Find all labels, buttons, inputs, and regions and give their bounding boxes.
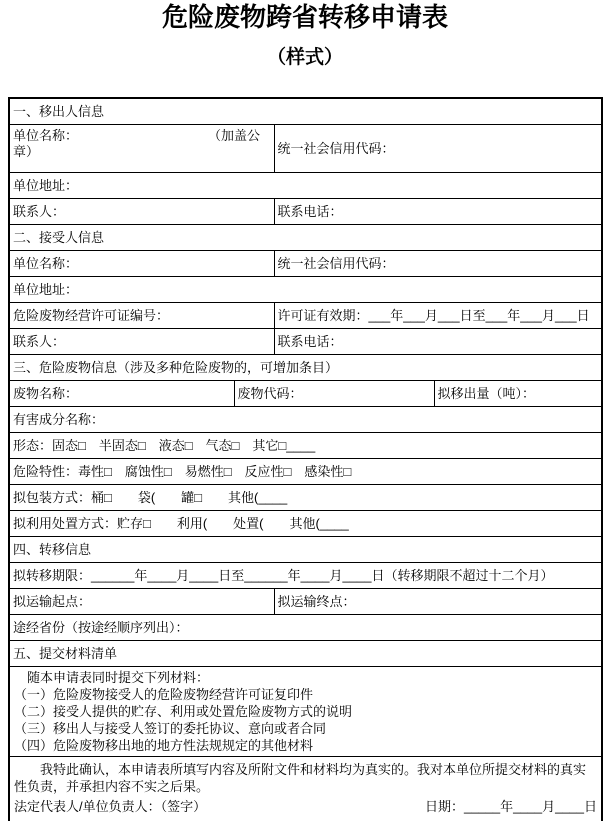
- field-s2-license-no: 危险废物经营许可证编号：: [9, 303, 274, 329]
- confirmation-statement: 我特此确认，本申请表所填写内容及所附文件和材料均为真实的。我对本单位所提交材料的…: [14, 761, 597, 795]
- field-waste-code: 废物代码：: [234, 381, 434, 407]
- field-waste-amount: 拟移出量（吨）：: [434, 381, 602, 407]
- material-item-3: （三）移出人与接受人签订的委托协议、意向或者合同: [14, 720, 597, 737]
- field-transit-provinces: 途经省份（按途经顺序列出）：: [9, 615, 602, 641]
- table-row: 联系人： 联系电话：: [9, 329, 602, 355]
- table-row: 二、接受人信息: [9, 225, 602, 251]
- field-s1-unit-name: 单位名称：（加盖公章）: [9, 125, 274, 173]
- table-row: 一、移出人信息: [9, 98, 602, 125]
- materials-intro: 随本申请表同时提交下列材料：: [14, 669, 597, 686]
- table-row: 单位地址：: [9, 277, 602, 303]
- form-title: 危险废物跨省转移申请表: [0, 0, 610, 32]
- table-row: 途经省份（按途经顺序列出）：: [9, 615, 602, 641]
- confirmation-cell: 我特此确认，本申请表所填写内容及所附文件和材料均为真实的。我对本单位所提交材料的…: [9, 757, 602, 821]
- material-item-2: （二）接受人提供的贮存、利用或处置危险废物方式的说明: [14, 703, 597, 720]
- field-s2-unit-address: 单位地址：: [9, 277, 602, 303]
- field-transport-destination: 拟运输终点：: [274, 589, 602, 615]
- section-2-header: 二、接受人信息: [9, 225, 602, 251]
- field-s1-contact: 联系人：: [9, 199, 274, 225]
- table-row: 单位名称： 统一社会信用代码：: [9, 251, 602, 277]
- table-row: 联系人： 联系电话：: [9, 199, 602, 225]
- field-s2-phone: 联系电话：: [274, 329, 602, 355]
- field-s1-unit-address: 单位地址：: [9, 173, 602, 199]
- table-row: 五、提交材料清单: [9, 641, 602, 667]
- table-row: 危险特性：毒性□ 腐蚀性□ 易燃性□ 反应性□ 感染性□: [9, 459, 602, 485]
- unit-name-label: 单位名称：: [13, 128, 78, 143]
- table-row: 危险废物经营许可证编号： 许可证有效期：___年___月___日至___年___…: [9, 303, 602, 329]
- material-item-4: （四）危险废物移出地的地方性法规规定的其他材料: [14, 737, 597, 754]
- field-transfer-period: 拟转移期限：______年____月____日至______年____月____…: [9, 563, 602, 589]
- field-harmful-components: 有害成分名称：: [9, 407, 602, 433]
- signature-label: 法定代表人/单位负责人：（签字）: [14, 798, 206, 815]
- field-physical-form-checkboxes: 形态：固态□ 半固态□ 液态□ 气态□ 其它□____: [9, 433, 602, 459]
- application-form-page: 危险废物跨省转移申请表 （样式） 一、移出人信息 单位名称：（加盖公章） 统一社…: [0, 0, 610, 821]
- table-row: 三、危险废物信息（涉及多种危险废物的，可增加条目）: [9, 355, 602, 381]
- materials-list-cell: 随本申请表同时提交下列材料： （一）危险废物接受人的危险废物经营许可证复印件 （…: [9, 667, 602, 757]
- date-line: 日期：_____年____月____日: [425, 798, 597, 815]
- section-5-header: 五、提交材料清单: [9, 641, 602, 667]
- fill-gap: [78, 139, 208, 140]
- field-transport-origin: 拟运输起点：: [9, 589, 274, 615]
- material-item-1: （一）危险废物接受人的危险废物经营许可证复印件: [14, 686, 597, 703]
- section-4-header: 四、转移信息: [9, 537, 602, 563]
- table-row: 废物名称： 废物代码： 拟移出量（吨）：: [9, 381, 602, 407]
- field-waste-name: 废物名称：: [9, 381, 234, 407]
- table-row: 我特此确认，本申请表所填写内容及所附文件和材料均为真实的。我对本单位所提交材料的…: [9, 757, 602, 821]
- table-row: 拟包装方式：桶□ 袋( 罐□ 其他(____: [9, 485, 602, 511]
- form-subtitle: （样式）: [0, 32, 610, 70]
- table-row: 单位地址：: [9, 173, 602, 199]
- signature-row: 法定代表人/单位负责人：（签字） 日期：_____年____月____日: [14, 798, 597, 815]
- field-s1-credit-code: 统一社会信用代码：: [274, 125, 602, 173]
- table-row: 四、转移信息: [9, 537, 602, 563]
- table-row: 拟转移期限：______年____月____日至______年____月____…: [9, 563, 602, 589]
- field-s2-contact: 联系人：: [9, 329, 274, 355]
- field-s2-unit-name: 单位名称：: [9, 251, 274, 277]
- field-packaging-checkboxes: 拟包装方式：桶□ 袋( 罐□ 其他(____: [9, 485, 602, 511]
- field-s2-credit-code: 统一社会信用代码：: [274, 251, 602, 277]
- field-s1-phone: 联系电话：: [274, 199, 602, 225]
- section-1-header: 一、移出人信息: [9, 98, 602, 125]
- table-row: 有害成分名称：: [9, 407, 602, 433]
- application-form-table: 一、移出人信息 单位名称：（加盖公章） 统一社会信用代码： 单位地址： 联系人：…: [8, 97, 603, 821]
- table-row: 随本申请表同时提交下列材料： （一）危险废物接受人的危险废物经营许可证复印件 （…: [9, 667, 602, 757]
- field-hazard-traits-checkboxes: 危险特性：毒性□ 腐蚀性□ 易燃性□ 反应性□ 感染性□: [9, 459, 602, 485]
- field-s2-license-validity: 许可证有效期：___年___月___日至___年___月___日: [274, 303, 602, 329]
- field-disposal-checkboxes: 拟利用处置方式：贮存□ 利用( 处置( 其他(____: [9, 511, 602, 537]
- table-row: 形态：固态□ 半固态□ 液态□ 气态□ 其它□____: [9, 433, 602, 459]
- table-row: 拟运输起点： 拟运输终点：: [9, 589, 602, 615]
- table-row: 拟利用处置方式：贮存□ 利用( 处置( 其他(____: [9, 511, 602, 537]
- section-3-header: 三、危险废物信息（涉及多种危险废物的，可增加条目）: [9, 355, 602, 381]
- table-row: 单位名称：（加盖公章） 统一社会信用代码：: [9, 125, 602, 173]
